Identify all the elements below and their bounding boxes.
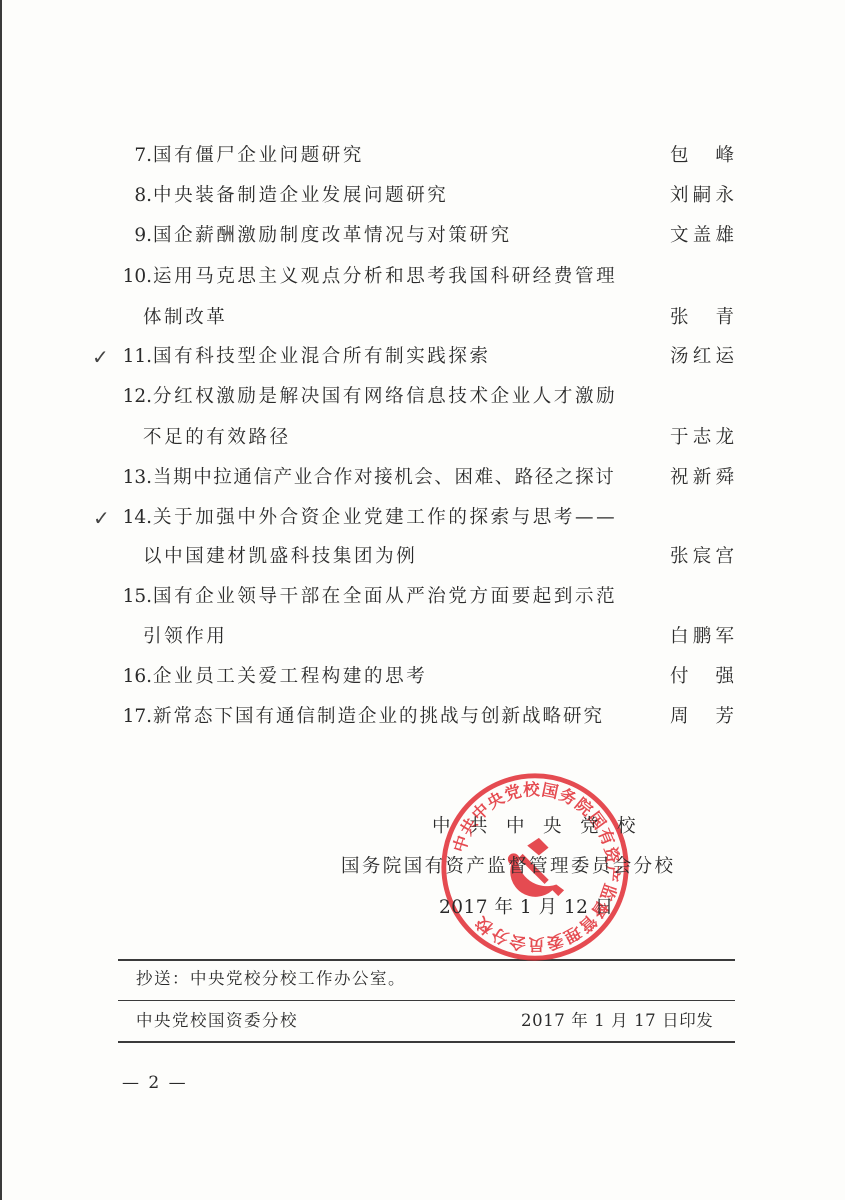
- item-number: 7.: [100, 136, 152, 176]
- item-title: 国有企业领导干部在全面从严治党方面要起到示范: [153, 577, 617, 617]
- item-title: 企业员工关爱工程构建的思考: [153, 657, 427, 697]
- signing-date: 2017 年 1 月 12 日: [439, 893, 614, 923]
- page-number: — 2 —: [122, 1070, 188, 1096]
- item-number: 11.: [100, 337, 152, 377]
- cc-line: 抄送：中央党校分校工作办公室。: [136, 966, 406, 992]
- item-number: 8.: [100, 176, 152, 216]
- item-title: 国企薪酬激励制度改革情况与对策研究: [153, 216, 512, 256]
- item-title: 分红权激励是解决国有网络信息技术企业人才激励: [153, 377, 617, 417]
- item-number: 16.: [100, 657, 152, 697]
- list-item: 13. 当期中拉通信产业合作对接机会、困难、路径之探讨 祝新舜: [0, 458, 845, 498]
- item-title-continuation: 体制改革: [143, 298, 227, 338]
- list-item: 9. 国企薪酬激励制度改革情况与对策研究 文盖雄: [0, 216, 845, 256]
- item-title-continuation: 不足的有效路径: [143, 418, 291, 458]
- item-title: 新常态下国有通信制造企业的挑战与创新战略研究: [153, 697, 604, 737]
- item-title-continuation: 引领作用: [143, 617, 227, 657]
- item-author: 文盖雄: [670, 216, 734, 256]
- item-title: 国有僵尸企业问题研究: [153, 136, 364, 176]
- list-item-continuation: 以中国建材凯盛科技集团为例 张宸宫: [0, 537, 845, 577]
- item-author: 张宸宫: [670, 537, 734, 577]
- item-author: 周 芳: [670, 697, 734, 737]
- item-title: 运用马克思主义观点分析和思考我国科研经费管理: [153, 257, 617, 297]
- signing-org-1: 中 共 中 央 党 校: [432, 812, 636, 842]
- item-author: 白鹏军: [670, 617, 734, 657]
- list-item: 16. 企业员工关爱工程构建的思考 付 强: [0, 657, 845, 697]
- item-title: 中央装备制造企业发展问题研究: [153, 176, 448, 216]
- list-item: 15. 国有企业领导干部在全面从严治党方面要起到示范: [0, 577, 845, 617]
- item-title: 关于加强中外合资企业党建工作的探索与思考——: [153, 498, 617, 538]
- item-number: 13.: [100, 458, 152, 498]
- item-author: 张 青: [670, 298, 734, 338]
- list-item-continuation: 体制改革 张 青: [0, 298, 845, 338]
- item-number: 12.: [100, 377, 152, 417]
- divider-middle: [118, 1000, 735, 1001]
- list-item: 17. 新常态下国有通信制造企业的挑战与创新战略研究 周 芳: [0, 697, 845, 737]
- item-author: 付 强: [670, 657, 734, 697]
- divider-bottom: [118, 1041, 735, 1043]
- list-item: ✓ 11. 国有科技型企业混合所有制实践探索 汤红运: [0, 337, 845, 377]
- issue-date: 2017 年 1 月 17 日印发: [521, 1008, 713, 1034]
- list-item-continuation: 不足的有效路径 于志龙: [0, 418, 845, 458]
- item-title: 国有科技型企业混合所有制实践探索: [153, 337, 491, 377]
- list-item: 7. 国有僵尸企业问题研究 包 峰: [0, 136, 845, 176]
- list-item: ✓ 14. 关于加强中外合资企业党建工作的探索与思考——: [0, 498, 845, 538]
- item-author: 祝新舜: [670, 458, 734, 498]
- list-item: 12. 分红权激励是解决国有网络信息技术企业人才激励: [0, 377, 845, 417]
- item-author: 于志龙: [670, 418, 734, 458]
- list-item: 10. 运用马克思主义观点分析和思考我国科研经费管理: [0, 257, 845, 297]
- list-item-continuation: 引领作用 白鹏军: [0, 617, 845, 657]
- item-author: 刘嗣永: [670, 176, 734, 216]
- item-number: 10.: [100, 257, 152, 297]
- item-number: 17.: [100, 697, 152, 737]
- item-number: 14.: [100, 498, 152, 538]
- issuer: 中央党校国资委分校: [136, 1008, 298, 1034]
- item-title: 当期中拉通信产业合作对接机会、困难、路径之探讨: [153, 458, 615, 498]
- signing-org-2: 国务院国有资产监督管理委员会分校: [341, 852, 675, 882]
- item-title-continuation: 以中国建材凯盛科技集团为例: [143, 537, 417, 577]
- item-author: 汤红运: [670, 337, 734, 377]
- item-number: 15.: [100, 577, 152, 617]
- list-item: 8. 中央装备制造企业发展问题研究 刘嗣永: [0, 176, 845, 216]
- item-number: 9.: [100, 216, 152, 256]
- item-author: 包 峰: [670, 136, 734, 176]
- divider-top: [118, 959, 735, 961]
